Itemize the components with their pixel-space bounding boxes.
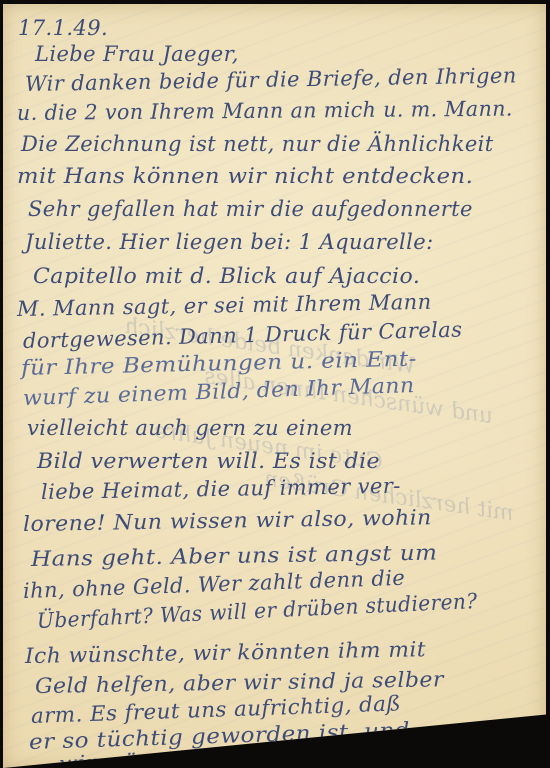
letter-line: mit Hans können wir nicht entdecken. — [17, 164, 473, 188]
letter-line: Wir danken beide für die Briefe, den Ihr… — [25, 63, 517, 96]
paper-stain — [432, 719, 523, 746]
letter-page: Wir danken beide herzlich und wünschen I… — [3, 4, 546, 768]
letter-line: Die Zeichnung ist nett, nur die Ähnlichk… — [21, 132, 494, 156]
letter-line: Bild verwerten will. Es ist die — [37, 449, 380, 473]
letter-line: Capitello mit d. Blick auf Ajaccio. — [33, 264, 420, 288]
letter-date: 17.1.49. — [18, 16, 108, 40]
letter-line: u. die 2 von Ihrem Mann an mich u. m. Ma… — [17, 97, 513, 125]
letter-line: Sehr gefallen hat mir die aufgedonnerte — [28, 197, 473, 221]
letter-line: M. Mann sagt, er sei mit Ihrem Mann — [17, 290, 432, 321]
letter-line: vielleicht auch gern zu einem — [27, 416, 353, 440]
letter-line: lorene! Nun wissen wir also, wohin — [23, 505, 432, 536]
letter-line: Juliette. Hier liegen bei: 1 Aquarelle: — [25, 230, 434, 254]
letter-line: Ich wünschte, wir könnten ihm mit — [25, 637, 426, 668]
letter-salutation: Liebe Frau Jaeger, — [35, 42, 239, 66]
